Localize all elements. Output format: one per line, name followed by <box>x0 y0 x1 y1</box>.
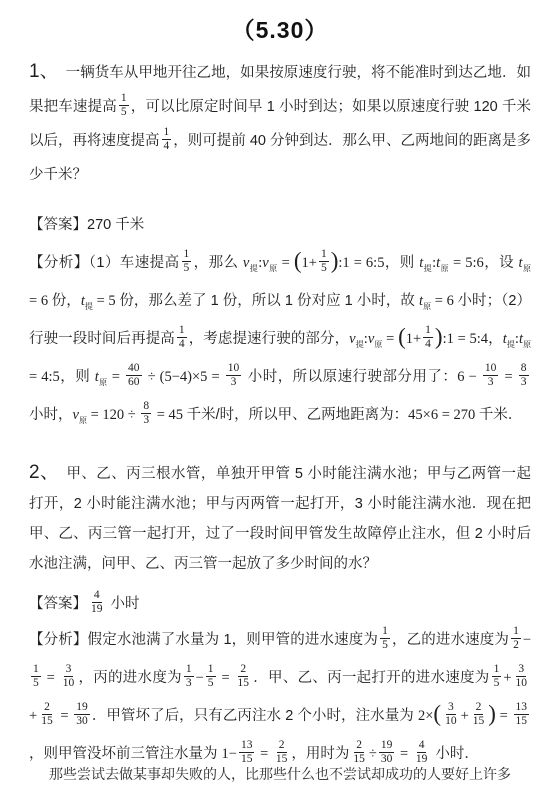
question-1-text: 1、一辆货车从甲地开往乙地，如果按原速度行驶，将不能准时到达乙地．如果把车速提高… <box>29 55 531 192</box>
question-2-analysis: 【分析】假定水池满了水量为 1，则甲管的进水速度为15，乙的进水速度为12−15… <box>29 621 531 773</box>
question-1-analysis: 【分析】（1）车速提高15，那么 v提:v原 = (1+15):1 = 6:5，… <box>29 244 531 434</box>
worksheet-page: （5.30） 1、一辆货车从甲地开往乙地，如果按原速度行驶，将不能准时到达乙地．… <box>0 0 560 800</box>
question-2-text: 2、甲、乙、丙三根水管，单独开甲管 5 小时能注满水池；甲与乙两管一起打开，2 … <box>29 458 531 579</box>
page-title: （5.30） <box>29 12 531 45</box>
question-1-answer: 【答案】270 千米 <box>29 210 531 240</box>
footer-quote: 那些尝试去做某事却失败的人，比那些什么也不尝试却成功的人要好上许多 <box>0 764 560 784</box>
question-2-answer: 【答案】419 小时 <box>29 589 531 619</box>
